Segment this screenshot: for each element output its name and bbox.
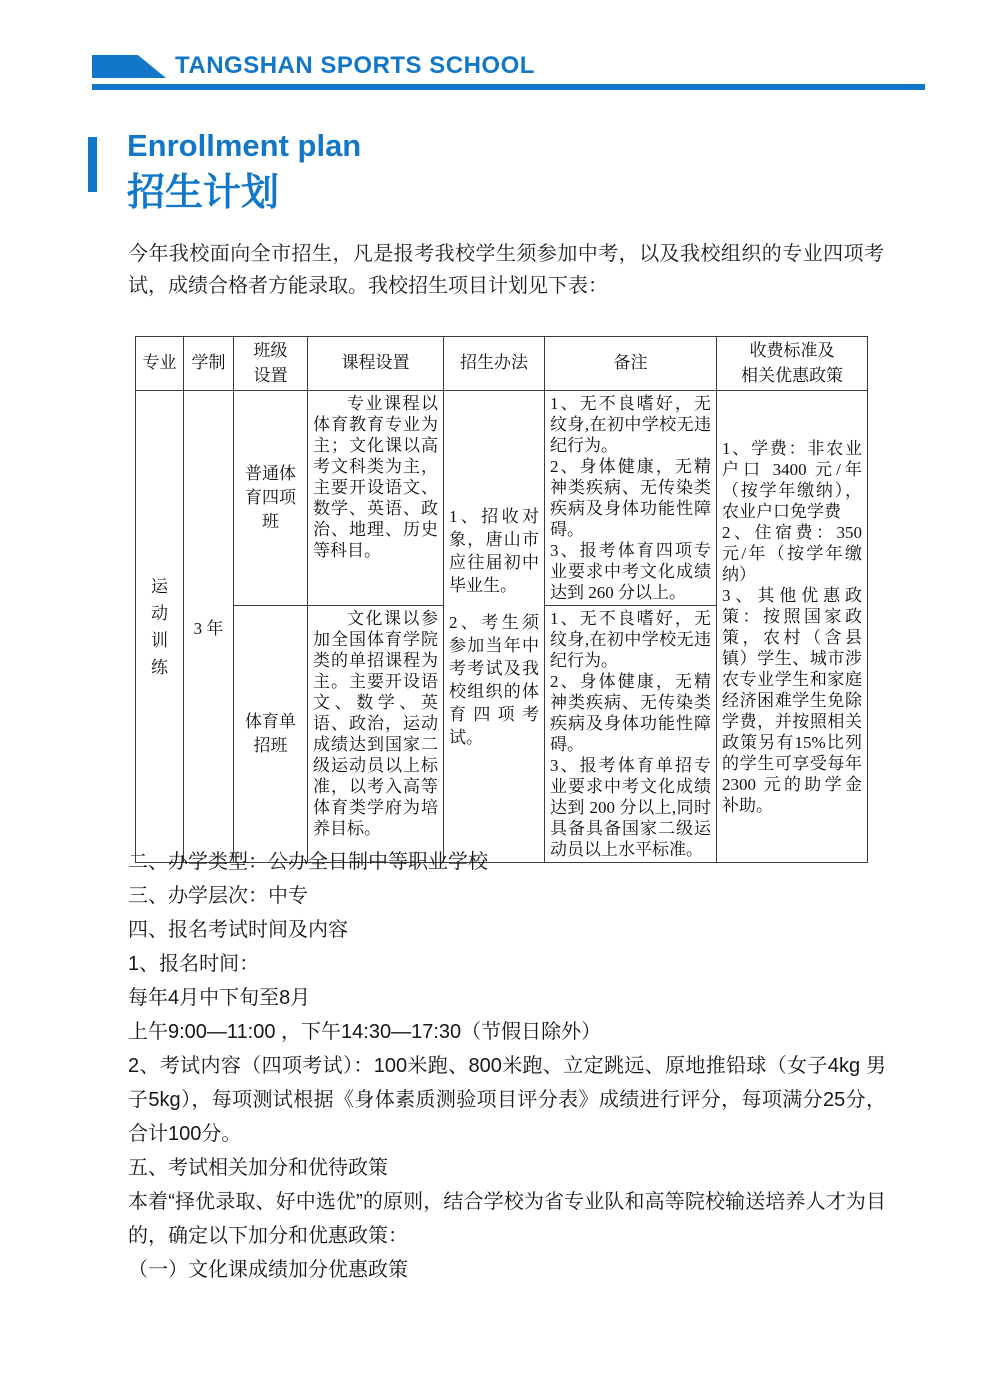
col-header-notes: 备注 bbox=[545, 337, 717, 391]
section-school-level: 三、办学层次：中专 bbox=[128, 879, 886, 913]
cell-duration: 3 年 bbox=[184, 391, 234, 863]
page: TANGSHAN SPORTS SCHOOL Enrollment plan 招… bbox=[0, 0, 1000, 1400]
cell-notes-putong: 1、无不良嗜好，无纹身,在初中学校无违纪行为。 2、身体健康，无精神类疾病、无传… bbox=[545, 391, 717, 606]
cell-major: 运动训练 bbox=[136, 391, 184, 863]
col-header-courses: 课程设置 bbox=[308, 337, 444, 391]
cell-class-putong: 普通体育四项班 bbox=[234, 391, 308, 606]
admission-item-2: 2、考生须参加当年中考考试及我校组织的体育四项考试。 bbox=[449, 611, 539, 749]
section-exam-time-heading: 四、报名考试时间及内容 bbox=[128, 913, 886, 947]
section-exam-content: 2、考试内容（四项考试）：100米跑、800米跑、立定跳远、原地推铅球（女子4k… bbox=[128, 1049, 886, 1151]
cell-notes-danzhao: 1、无不良嗜好，无纹身,在初中学校无违纪行为。 2、身体健康，无精神类疾病、无传… bbox=[545, 606, 717, 863]
section-signup-time-label: 1、报名时间： bbox=[128, 947, 886, 981]
section-signup-hours: 上午9:00—11:00 ，下午14:30—17:30（节假日除外） bbox=[128, 1015, 886, 1049]
cell-courses-danzhao: 文化课以参加全国体育学院类的单招课程为主。主要开设语文、数学、英语、政治，运动成… bbox=[308, 606, 444, 863]
enrollment-plan-table: 专业 学制 班级 设置 课程设置 招生办法 备注 收费标准及 相关优惠政策 运动… bbox=[135, 336, 868, 863]
intro-paragraph: 今年我校面向全市招生，凡是报考我校学生须参加中考，以及我校组织的专业四项考试，成… bbox=[128, 238, 884, 302]
section-signup-period: 每年4月中下旬至8月 bbox=[128, 981, 886, 1015]
section-school-type: 二、办学类型：公办全日制中等职业学校 bbox=[128, 845, 886, 879]
col-header-fees: 收费标准及 相关优惠政策 bbox=[717, 337, 868, 391]
section-culture-bonus-heading: （一）文化课成绩加分优惠政策 bbox=[128, 1253, 886, 1287]
table-header-row: 专业 学制 班级 设置 课程设置 招生办法 备注 收费标准及 相关优惠政策 bbox=[136, 337, 868, 391]
cell-courses-putong: 专业课程以体育教育专业为主；文化课以高考文科类为主，主要开设语文、数学、英语、政… bbox=[308, 391, 444, 606]
table-row: 运动训练 3 年 普通体育四项班 专业课程以体育教育专业为主；文化课以高考文科类… bbox=[136, 391, 868, 606]
title-accent-bar bbox=[88, 137, 97, 192]
school-logo-icon bbox=[92, 55, 166, 78]
page-title-en: Enrollment plan bbox=[127, 128, 361, 164]
cell-class-danzhao: 体育单招班 bbox=[234, 606, 308, 863]
cell-fees: 1、学费：非农业户口 3400 元/年（按学年缴纳），农业户口免学费 2、住宿费… bbox=[717, 391, 868, 863]
section-bonus-policy-intro: 本着“择优录取、好中选优”的原则，结合学校为省专业队和高等院校输送培养人才为目的… bbox=[128, 1185, 886, 1253]
col-header-class-setup: 班级 设置 bbox=[234, 337, 308, 391]
section-bonus-policy-heading: 五、考试相关加分和优待政策 bbox=[128, 1151, 886, 1185]
col-header-admission: 招生办法 bbox=[444, 337, 545, 391]
col-header-duration: 学制 bbox=[184, 337, 234, 391]
header-divider bbox=[92, 84, 925, 90]
cell-admission: 1、招收对象，唐山市应往届初中毕业生。 2、考生须参加当年中考考试及我校组织的体… bbox=[444, 391, 545, 863]
school-name: TANGSHAN SPORTS SCHOOL bbox=[175, 52, 535, 80]
info-sections: 二、办学类型：公办全日制中等职业学校 三、办学层次：中专 四、报名考试时间及内容… bbox=[128, 845, 886, 1287]
major-label: 运动训练 bbox=[150, 573, 170, 681]
col-header-major: 专业 bbox=[136, 337, 184, 391]
admission-item-1: 1、招收对象，唐山市应往届初中毕业生。 bbox=[449, 505, 539, 597]
page-title-zh: 招生计划 bbox=[127, 161, 279, 216]
